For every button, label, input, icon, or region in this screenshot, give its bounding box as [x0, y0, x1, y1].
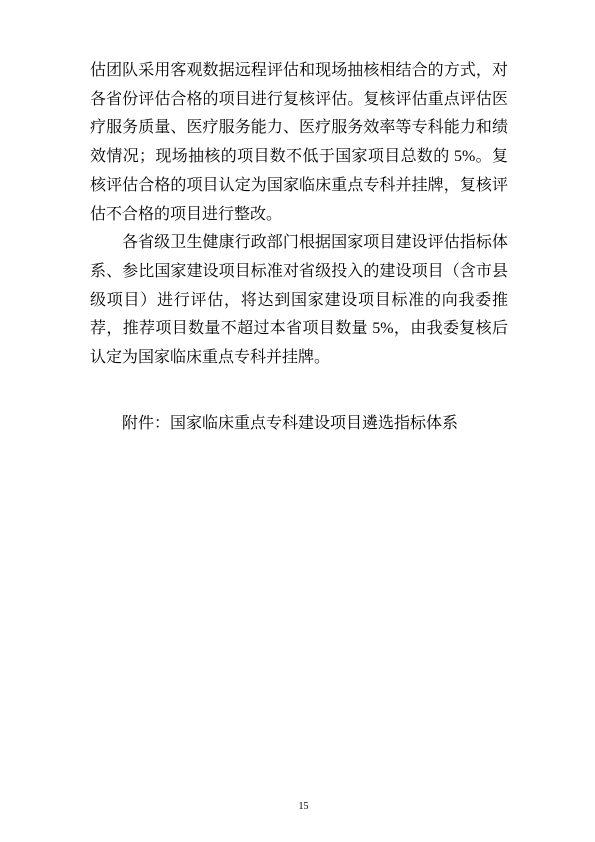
page-number: 15 [299, 801, 309, 812]
document-page: 估团队采用客观数据远程评估和现场抽核相结合的方式，对各省份评估合格的项目进行复核… [0, 0, 595, 842]
document-body: 估团队采用客观数据远程评估和现场抽核相结合的方式，对各省份评估合格的项目进行复核… [90, 57, 508, 438]
attachment-reference-line: 附件：国家临床重点专科建设项目遴选指标体系 [90, 410, 508, 439]
paragraph-provincial-review: 各省级卫生健康行政部门根据国家项目建设评估指标体系、参比国家建设项目标准对省级投… [90, 229, 508, 373]
page-footer: 15 [0, 800, 595, 814]
paragraph-continuation: 估团队采用客观数据远程评估和现场抽核相结合的方式，对各省份评估合格的项目进行复核… [90, 57, 508, 229]
